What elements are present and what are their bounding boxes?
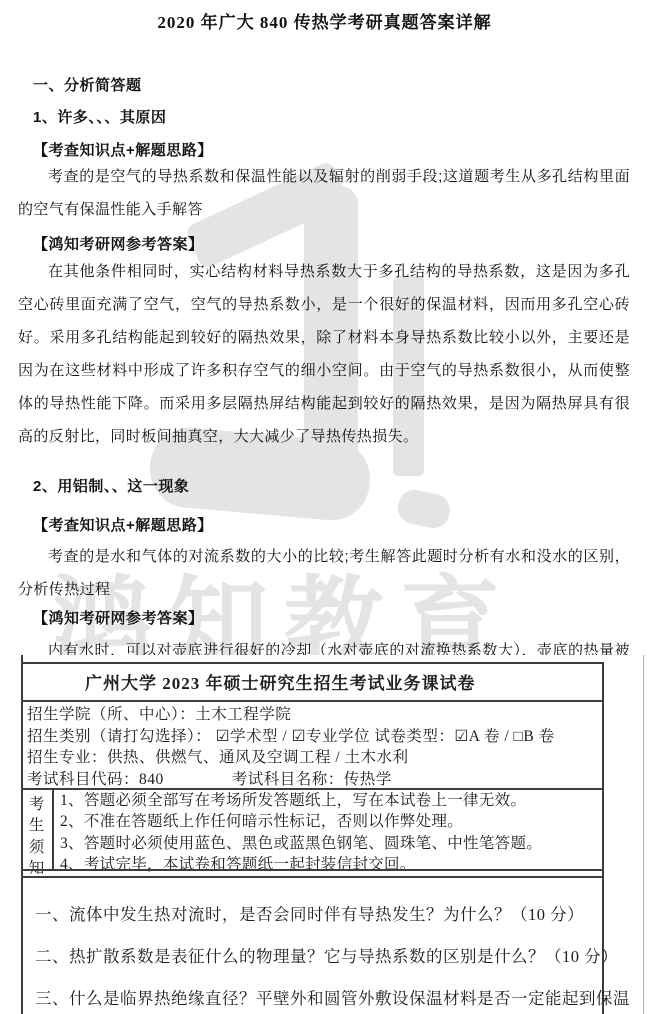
notice-title-char: 须 <box>21 837 52 858</box>
exam-paper-info: 招生学院（所、中心）：土木工程学院 招生类别（请打勾选择）： ☑学术型 / ☑专… <box>27 704 555 790</box>
scan-divider-below-title <box>21 700 604 702</box>
notice-title-column: 考 生 须 知 <box>21 794 52 879</box>
scan-table-top-border <box>21 662 604 664</box>
document-page: { "colors": { "watermark": "#e4e4e4", "t… <box>0 0 649 1014</box>
watermark-logo-hook <box>395 487 453 531</box>
question-2-answer-label: 【鸿知考研网参考答案】 <box>33 602 204 635</box>
notice-item: 2、不准在答题纸上作任何暗示性标记，否则以作弊处理。 <box>60 811 600 832</box>
notice-item: 4、考试完毕，本试卷和答题纸一起封装信封交回。 <box>60 854 600 875</box>
question-1-knowledge-text: 考查的是空气的导热系数和保温性能以及辐射的削弱手段;这道题考生从多孔结构里面的空… <box>18 160 630 226</box>
scan-page-edge-line <box>643 655 644 1014</box>
candidate-notices: 1、答题必须全部写在考场所发答题纸上，写在本试卷上一律无效。 2、不准在答题纸上… <box>60 790 600 875</box>
section-1-heading: 一、分析简答题 <box>33 69 142 102</box>
exam-paper-title: 广州大学 2023 年硕士研究生招生考试业务课试卷 <box>85 669 476 694</box>
subject-code-row: 考试科目代码：840 考试科目名称：传热学 <box>27 769 555 791</box>
admission-category-line: 招生类别（请打勾选择）： ☑学术型 / ☑专业学位 试卷类型：☑A 卷 / □B… <box>27 726 555 748</box>
admission-major-line: 招生专业：供热、供燃气、通风及空调工程 / 土木水利 <box>27 747 555 769</box>
notice-title-char: 考 <box>21 794 52 815</box>
scan-divider-below-notices <box>21 869 604 871</box>
exam-paper-scan: 广州大学 2023 年硕士研究生招生考试业务课试卷 招生学院（所、中心）：土木工… <box>0 655 649 1014</box>
exam-question-2: 二、热扩散系数是表征什么的物理量？它与导热系数的区别是什么？（10 分） <box>35 943 618 967</box>
document-title: 2020 年广大 840 传热学考研真题答案详解 <box>0 8 649 33</box>
question-1-answer-text: 在其他条件相同时，实心结构材料导热系数大于多孔结构的导热系数，这是因为多孔空心砖… <box>18 255 630 453</box>
questions-box-top-border <box>21 876 604 878</box>
question-2-knowledge-text: 考查的是水和气体的对流系数的大小的比较;考生解答此题时分析有水和没水的区别，分析… <box>18 540 630 606</box>
notice-cell-separator <box>52 788 54 869</box>
question-2-knowledge-label: 【考查知识点+解题思路】 <box>33 509 213 542</box>
question-2-heading: 2、用铝制、、这一现象 <box>33 470 189 503</box>
subject-code: 考试科目代码：840 <box>27 769 164 791</box>
notice-item: 1、答题必须全部写在考场所发答题纸上，写在本试卷上一律无效。 <box>60 790 600 811</box>
exam-question-1: 一、流体中发生热对流时，是否会同时伴有导热发生？为什么？（10 分） <box>35 901 584 925</box>
question-1-heading: 1、许多、、、其原因 <box>33 101 166 134</box>
notice-item: 3、答题时必须使用蓝色、黑色或蓝黑色钢笔、圆珠笔、中性笔答题。 <box>60 833 600 854</box>
subject-name: 考试科目名称：传热学 <box>232 769 392 791</box>
notice-title-char: 生 <box>21 815 52 836</box>
admission-school-line: 招生学院（所、中心）：土木工程学院 <box>27 704 555 726</box>
exam-question-3: 三、什么是临界热绝缘直径？平壁外和圆管外敷设保温材料是否一定能起到保温 <box>35 985 630 1009</box>
